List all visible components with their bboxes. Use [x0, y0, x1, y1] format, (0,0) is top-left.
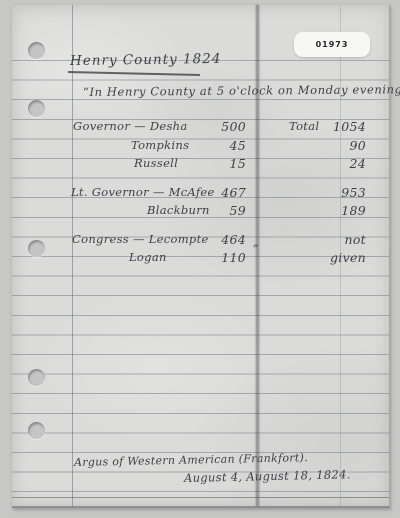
page-title: Henry County 1824	[70, 51, 222, 69]
note-quote: “In Henry County at 5 o'clock on Monday …	[83, 82, 400, 99]
table-row: Logan 110 given	[0, 250, 400, 267]
punch-hole	[28, 369, 45, 386]
votes-value: 59	[196, 203, 246, 218]
votes-value: 500	[196, 119, 246, 134]
total-value: given	[306, 250, 366, 265]
archive-number-label: 01973	[294, 32, 370, 57]
bottom-rule	[12, 497, 389, 498]
table-row: Lt. Governor — McAfee 467 953	[0, 185, 400, 202]
votes-value: 15	[196, 156, 246, 171]
candidate-label: Congress — Lecompte	[72, 232, 209, 246]
total-value: 90	[306, 138, 366, 153]
punch-hole	[28, 100, 45, 117]
total-value: 953	[306, 185, 366, 200]
candidate-label: Lt. Governor — McAfee	[71, 185, 215, 199]
table-row: Congress — Lecompte 464 „ not	[0, 232, 400, 249]
table-row: Blackburn 59 189	[0, 203, 400, 220]
total-value: 189	[306, 203, 366, 218]
punch-hole	[28, 422, 45, 439]
total-value: not	[306, 232, 366, 247]
total-value: 24	[306, 156, 366, 171]
candidate-label: Logan	[129, 250, 167, 264]
candidate-label: Governor — Desha	[73, 119, 188, 133]
scanned-document: 01973 Henry County 1824 “In Henry County…	[0, 0, 400, 518]
votes-value: 45	[196, 138, 246, 153]
candidate-label: Tompkins	[131, 138, 189, 152]
table-row: Governor — Desha 500 Total 1054	[0, 119, 400, 136]
table-row: Tompkins 45 90	[0, 138, 400, 155]
table-row: Russell 15 24	[0, 156, 400, 173]
total-value: 1054	[306, 119, 366, 134]
votes-value: 464	[196, 232, 246, 247]
votes-value: 467	[196, 185, 246, 200]
ditto-mark: „	[253, 236, 259, 249]
punch-hole	[28, 42, 45, 59]
votes-value: 110	[196, 250, 246, 265]
candidate-label: Russell	[134, 156, 178, 170]
